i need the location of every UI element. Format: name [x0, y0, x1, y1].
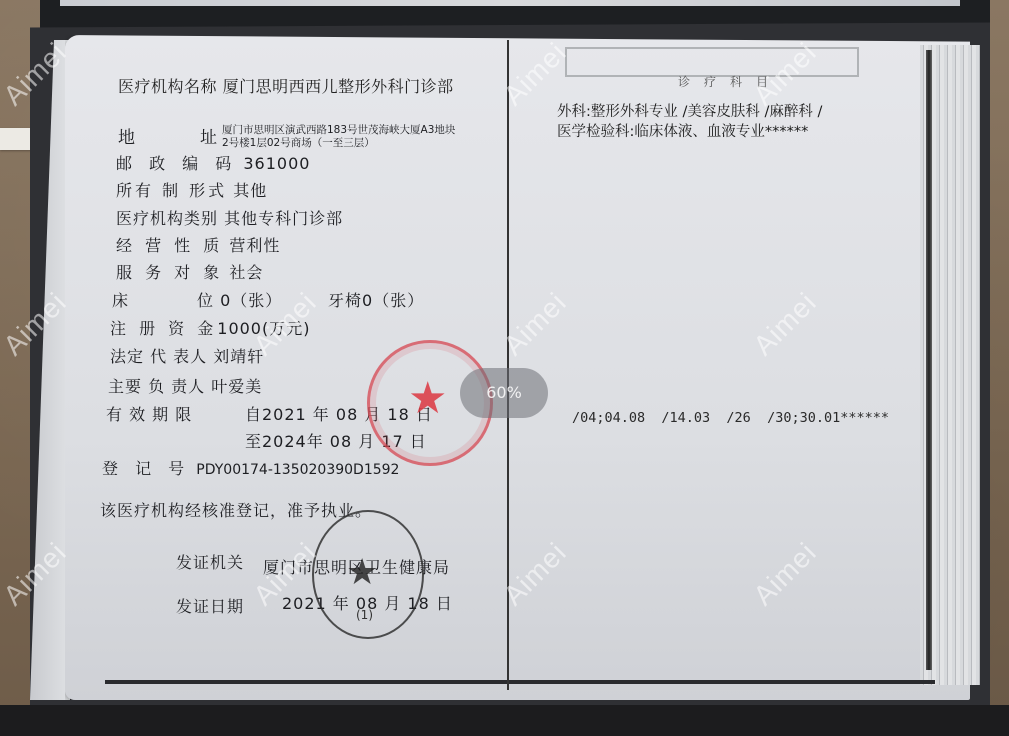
beds-row: 位 0（张）	[197, 288, 282, 311]
chairs-label: 牙椅	[328, 291, 362, 310]
beds-label-1: 床	[112, 288, 129, 311]
black-official-seal: ★ (1)	[312, 510, 424, 639]
address-line-2: 2号楼1层02号商场（一至三层）	[222, 137, 375, 150]
ownership-label: 所有 制 形式	[116, 181, 227, 200]
address-label-1: 地	[118, 123, 136, 148]
issue-date-label: 发证日期	[176, 594, 244, 617]
laptop-screen-edge	[60, 0, 960, 6]
zoom-level-indicator: 60%	[460, 368, 548, 418]
postcode-row: 邮 政 编 码 361000	[116, 151, 310, 174]
postcode-label: 邮 政 编 码	[116, 154, 237, 173]
institution-name: 厦门思明西西儿整形外科门诊部	[223, 77, 454, 96]
star-icon: ★	[408, 373, 447, 424]
address-label-2: 址	[200, 123, 218, 148]
legal-rep: 刘靖轩	[213, 347, 264, 366]
reg-no-row: 登 记 号 PDY00174-135020390D1592	[102, 456, 399, 479]
address-line-1: 厦门市思明区演武西路183号世茂海峡大厦A3地块	[222, 124, 455, 137]
beds-label-2: 位	[197, 291, 214, 310]
reg-no: PDY00174-135020390D1592	[196, 462, 399, 478]
issuer-label: 发证机关	[176, 550, 244, 573]
category-label: 医疗机构类别	[116, 209, 218, 228]
chairs-row: 牙椅0（张）	[328, 288, 424, 311]
star-icon: ★	[346, 552, 378, 593]
nature-row: 经 营 性 质 营利性	[116, 233, 280, 256]
page-border-right	[926, 50, 932, 670]
institution-name-label: 医疗机构名称	[118, 77, 217, 96]
nature-label: 经 营 性 质	[116, 236, 223, 255]
page-border-bottom	[105, 680, 935, 684]
nature: 营利性	[229, 236, 280, 255]
principal-row: 主要 负 责人 叶爱美	[108, 374, 262, 397]
category: 其他专科门诊部	[224, 209, 343, 228]
departments-line-2: 医学检验科:临床体液、血液专业******	[557, 120, 808, 141]
principal-label: 主要 负 责人	[108, 377, 205, 396]
approval-statement: 该医疗机构经核准登记，准予执业。	[100, 498, 372, 521]
legal-rep-row: 法定 代 表人 刘靖轩	[110, 344, 264, 367]
category-row: 医疗机构类别 其他专科门诊部	[116, 206, 343, 229]
ownership-row: 所有 制 形式 其他	[116, 178, 267, 201]
institution-name-row: 医疗机构名称 厦门思明西西儿整形外科门诊部	[118, 74, 454, 97]
beds: 0（张）	[220, 291, 282, 310]
service: 社会	[229, 263, 263, 282]
service-label: 服 务 对 象	[116, 263, 223, 282]
seal-number: (1)	[356, 608, 373, 622]
validity-label: 有 效 期 限	[106, 402, 192, 425]
ownership: 其他	[233, 181, 267, 200]
postcode: 361000	[243, 154, 310, 173]
principal: 叶爱美	[211, 377, 262, 396]
department-codes: /04;04.08 /14.03 /26 /30;30.01******	[572, 410, 889, 426]
departments-line-1: 外科:整形外科专业 /美容皮肤科 /麻醉科 /	[557, 100, 822, 121]
reg-no-label: 登 记 号	[102, 459, 190, 478]
capital-label: 注 册 资 金	[110, 319, 217, 338]
dark-foreground	[0, 705, 1009, 736]
chairs: 0（张）	[362, 291, 424, 310]
legal-rep-label: 法定 代 表人	[110, 347, 207, 366]
service-row: 服 务 对 象 社会	[116, 260, 263, 283]
